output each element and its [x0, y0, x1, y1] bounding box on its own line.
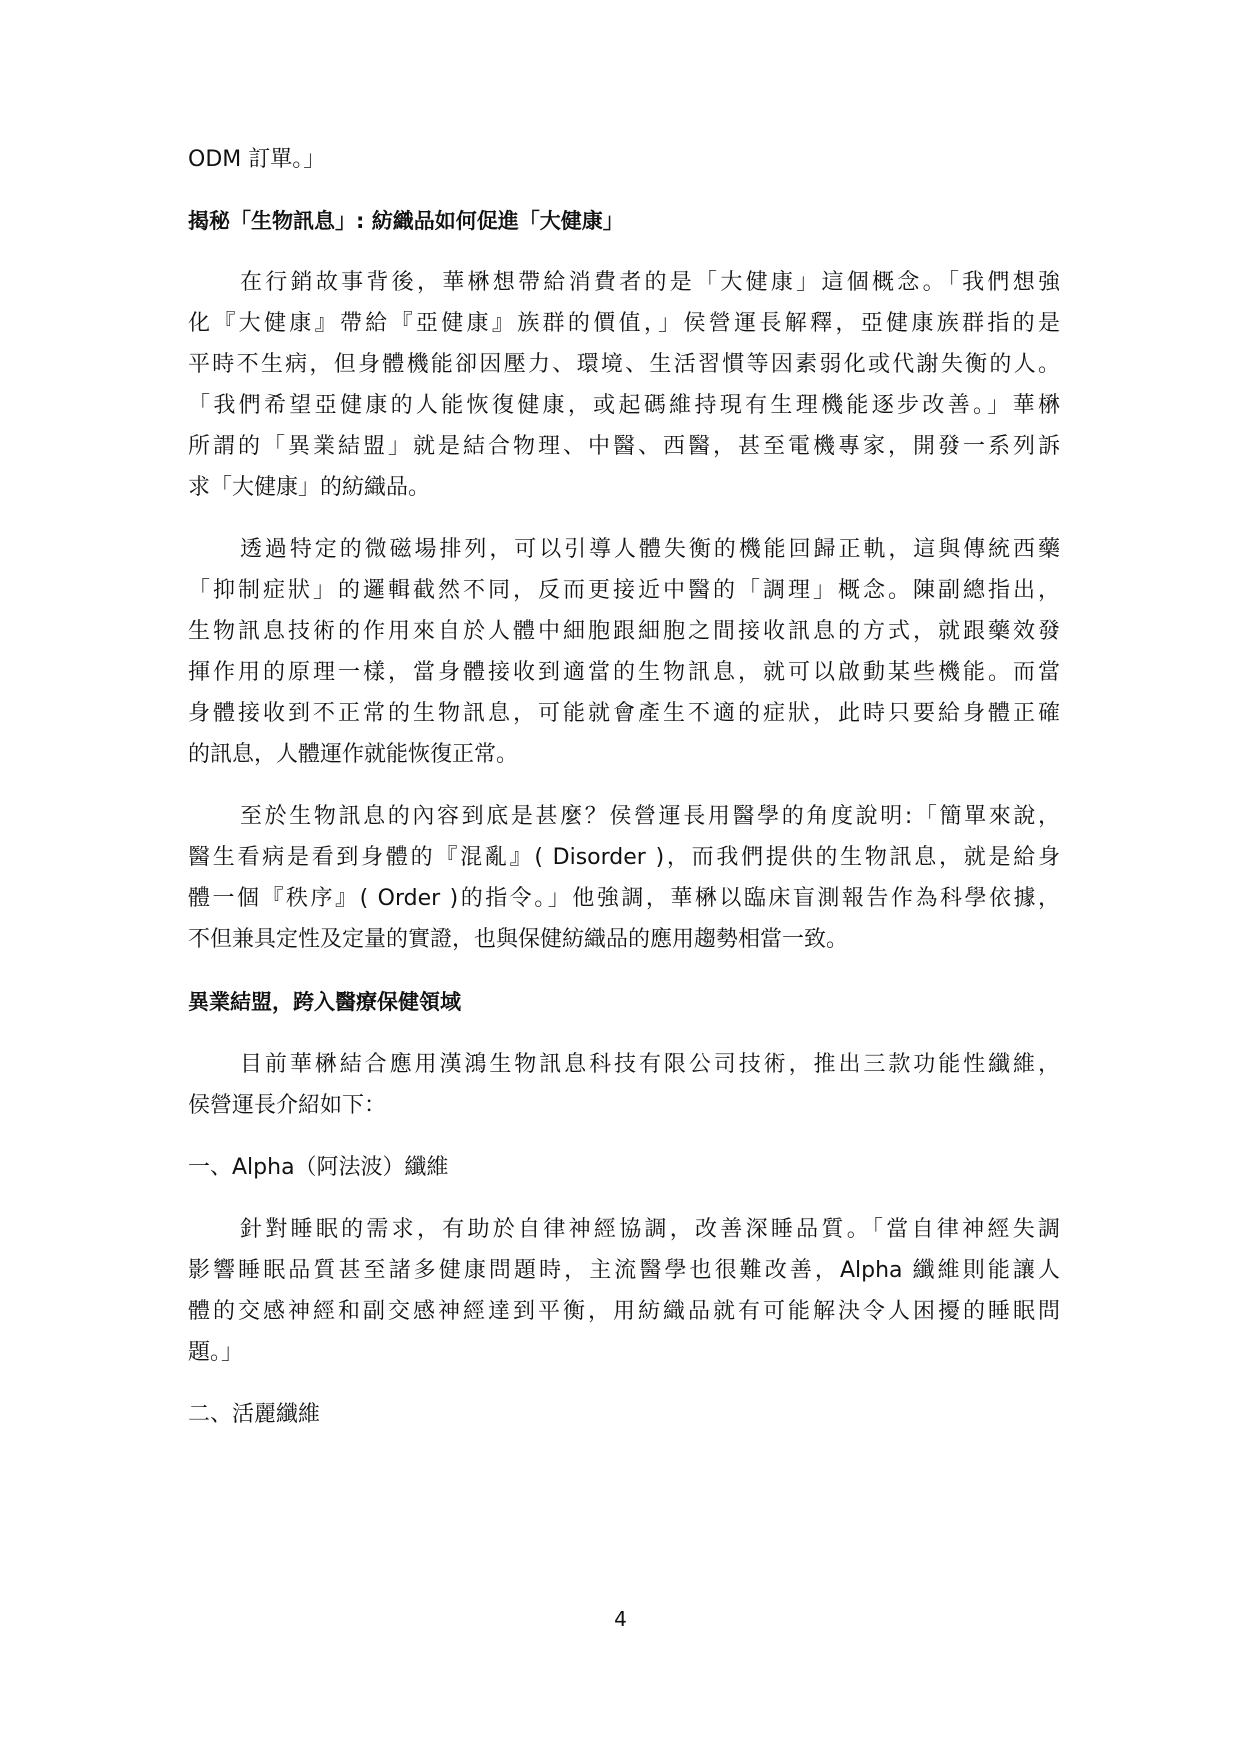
section-heading: 異業結盟，跨入醫療保健領域	[188, 987, 1060, 1017]
paragraph-line: 目前華楙結合應用漢鴻生物訊息科技有限公司技術，推出三款功能性纖維，	[188, 1050, 1060, 1080]
paragraph-line: 求「大健康」的紡織品。	[188, 473, 1060, 503]
section-heading: 揭秘「生物訊息」: 紡織品如何促進「大健康」	[188, 206, 1060, 236]
paragraph-line: 「抑制症狀」的邏輯截然不同，反而更接近中醫的「調理」概念。陳副總指出，	[188, 576, 1060, 606]
paragraph-line: 侯營運長介紹如下：	[188, 1091, 1060, 1121]
paragraph-line: 的訊息，人體運作就能恢復正常。	[188, 740, 1060, 770]
paragraph-line: 身體接收到不正常的生物訊息，可能就會產生不適的症狀，此時只要給身體正確	[188, 699, 1060, 729]
paragraph-line: 揮作用的原理一樣，當身體接收到適當的生物訊息，就可以啟動某些機能。而當	[188, 658, 1060, 688]
paragraph-line: 影響睡眠品質甚至諸多健康問題時，主流醫學也很難改善，Alpha 纖維則能讓人	[188, 1256, 1060, 1286]
paragraph-line: 題。」	[188, 1338, 1060, 1368]
paragraph-line: 生物訊息技術的作用來自於人體中細胞跟細胞之間接收訊息的方式，就跟藥效發	[188, 617, 1060, 647]
list-heading: 一、Alpha（阿法波）纖維	[188, 1153, 1060, 1183]
paragraph-line: 體一個『秩序』( Order )的指令。」他強調，華楙以臨床盲測報告作為科學依據…	[188, 884, 1060, 914]
paragraph-line: 平時不生病，但身體機能卻因壓力、環境、生活習慣等因素弱化或代謝失衡的人。	[188, 350, 1060, 380]
paragraph-line: 透過特定的微磁場排列，可以引導人體失衡的機能回歸正軌，這與傳統西藥	[188, 535, 1060, 565]
paragraph-line: 不但兼具定性及定量的實證，也與保健紡織品的應用趨勢相當一致。	[188, 925, 1060, 955]
paragraph-line: 體的交感神經和副交感神經達到平衡，用紡織品就有可能解決令人困擾的睡眠問	[188, 1297, 1060, 1327]
paragraph-line: 「我們希望亞健康的人能恢復健康，或起碼維持現有生理機能逐步改善。」華楙	[188, 391, 1060, 421]
paragraph-line: 針對睡眠的需求，有助於自律神經協調，改善深睡品質。「當自律神經失調	[188, 1215, 1060, 1245]
paragraph-line: ODM 訂單。」	[188, 145, 1060, 175]
paragraph-line: 在行銷故事背後，華楙想帶給消費者的是「大健康」這個概念。「我們想強	[188, 268, 1060, 298]
list-heading: 二、活麗纖維	[188, 1400, 1060, 1430]
page-number: 4	[0, 1606, 1241, 1632]
paragraph-line: 至於生物訊息的內容到底是甚麼？侯營運長用醫學的角度說明:「簡單來說，	[188, 802, 1060, 832]
paragraph-line: 所謂的「異業結盟」就是結合物理、中醫、西醫，甚至電機專家，開發一系列訴	[188, 432, 1060, 462]
paragraph-line: 化『大健康』帶給『亞健康』族群的價值，」侯營運長解釋，亞健康族群指的是	[188, 309, 1060, 339]
paragraph-line: 醫生看病是看到身體的『混亂』( Disorder )，而我們提供的生物訊息，就是…	[188, 843, 1060, 873]
